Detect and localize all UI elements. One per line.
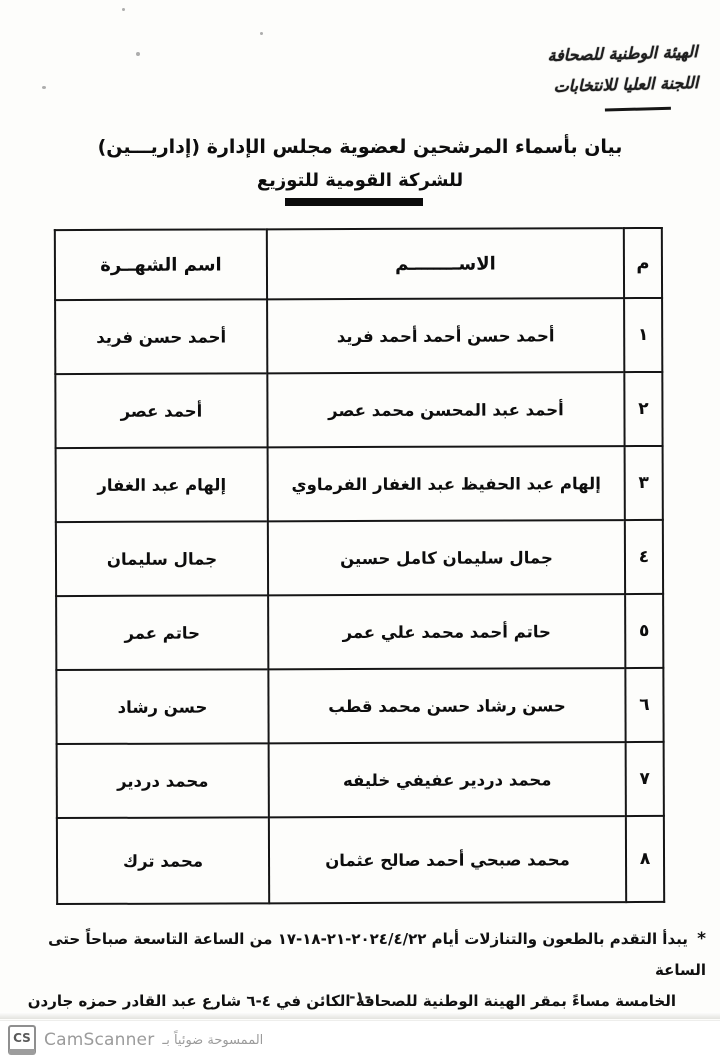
scan-artifact-dot: [260, 32, 263, 35]
row-known-name: محمد دردير: [57, 743, 269, 818]
row-full-name: حسن رشاد حسن محمد قطب: [268, 668, 625, 743]
table-row: ٤ جمال سليمان كامل حسين جمال سليمان: [56, 520, 663, 596]
header-full-name: الاســــــــم: [267, 228, 624, 299]
title-line-1: بيان بأسماء المرشحين لعضوية مجلس الإدارة…: [0, 136, 720, 158]
footnote-dates: ٢٠٢٤/٤/٢٢-٢١-١٨-١٧: [278, 930, 427, 948]
camscanner-brand-text: CamScanner: [44, 1030, 154, 1050]
table-header-row: م الاســــــــم اسم الشهــرة: [55, 228, 662, 300]
header-number: م: [624, 228, 662, 298]
row-known-name: أحمد حسن فريد: [55, 299, 267, 374]
candidates-table: م الاســــــــم اسم الشهــرة ١ أحمد حسن …: [54, 227, 665, 905]
row-full-name: حاتم أحمد محمد علي عمر: [268, 594, 625, 669]
camscanner-watermark-bar: CS CamScanner الممسوحة ضوئياً بـ: [0, 1020, 720, 1059]
table-row: ٢ أحمد عبد المحسن محمد عصر أحمد عصر: [55, 372, 662, 448]
row-known-name: أحمد عصر: [55, 373, 267, 448]
scan-artifact-dot: [122, 8, 125, 11]
title-underline: [285, 198, 423, 206]
row-number: ٤: [625, 520, 663, 594]
table-row: ٧ محمد دردير عفيفي خليفه محمد دردير: [57, 742, 664, 818]
scan-artifact-dot: [42, 86, 46, 89]
row-known-name: حسن رشاد: [56, 669, 268, 744]
candidates-table-container: م الاســــــــم اسم الشهــرة ١ أحمد حسن …: [55, 228, 664, 904]
row-full-name: إلهام عبد الحفيظ عبد الغفار الفرماوي: [268, 446, 625, 521]
table-row: ٣ إلهام عبد الحفيظ عبد الغفار الفرماوي إ…: [56, 446, 663, 522]
table-row: ٥ حاتم أحمد محمد علي عمر حاتم عمر: [56, 594, 663, 670]
authority-stamp: الهيئة الوطنية للصحافة اللجنة العليا للا…: [547, 36, 699, 113]
row-number: ٨: [626, 816, 664, 902]
row-number: ٧: [626, 742, 664, 816]
document-title: بيان بأسماء المرشحين لعضوية مجلس الإدارة…: [0, 136, 720, 206]
row-full-name: محمد صبحي أحمد صالح عثمان: [269, 816, 626, 903]
table-row: ٦ حسن رشاد حسن محمد قطب حسن رشاد: [56, 668, 663, 744]
row-known-name: إلهام عبد الغفار: [56, 447, 268, 522]
footnote-bullet: *: [697, 929, 706, 949]
title-line-2: للشركة القومية للتوزيع: [0, 170, 720, 191]
camscanner-logo-icon: CS: [8, 1025, 36, 1055]
page-number: -١-: [0, 988, 720, 1006]
row-number: ١: [624, 298, 662, 372]
row-full-name: أحمد حسن أحمد أحمد فريد: [267, 298, 624, 373]
page-edge-shadow: [0, 1012, 720, 1019]
table-row: ٨ محمد صبحي أحمد صالح عثمان محمد ترك: [57, 816, 664, 904]
row-number: ٣: [625, 446, 663, 520]
row-number: ٥: [625, 594, 663, 668]
row-full-name: محمد دردير عفيفي خليفه: [269, 742, 626, 817]
header-known-name: اسم الشهــرة: [55, 229, 267, 300]
row-known-name: جمال سليمان: [56, 521, 268, 596]
row-number: ٢: [624, 372, 662, 446]
scanned-document-page: الهيئة الوطنية للصحافة اللجنة العليا للا…: [0, 0, 720, 1020]
row-known-name: محمد ترك: [57, 817, 269, 904]
table-row: ١ أحمد حسن أحمد أحمد فريد أحمد حسن فريد: [55, 298, 662, 374]
row-full-name: جمال سليمان كامل حسين: [268, 520, 625, 595]
camscanner-scanned-by-text: الممسوحة ضوئياً بـ: [162, 1033, 263, 1048]
stamp-line-committee: اللجنة العليا للانتخابات: [548, 67, 699, 102]
stamp-underline: [605, 107, 671, 112]
row-full-name: أحمد عبد المحسن محمد عصر: [267, 372, 624, 447]
stamp-line-authority: الهيئة الوطنية للصحافة: [547, 36, 698, 71]
footnote-text-pre-date: يبدأ التقدم بالطعون والتنازلات أيام: [432, 930, 688, 948]
row-number: ٦: [625, 668, 663, 742]
scan-artifact-dot: [136, 52, 140, 56]
row-known-name: حاتم عمر: [56, 595, 268, 670]
footnote-line-1: * يبدأ التقدم بالطعون والتنازلات أيام ٢٠…: [20, 924, 706, 986]
